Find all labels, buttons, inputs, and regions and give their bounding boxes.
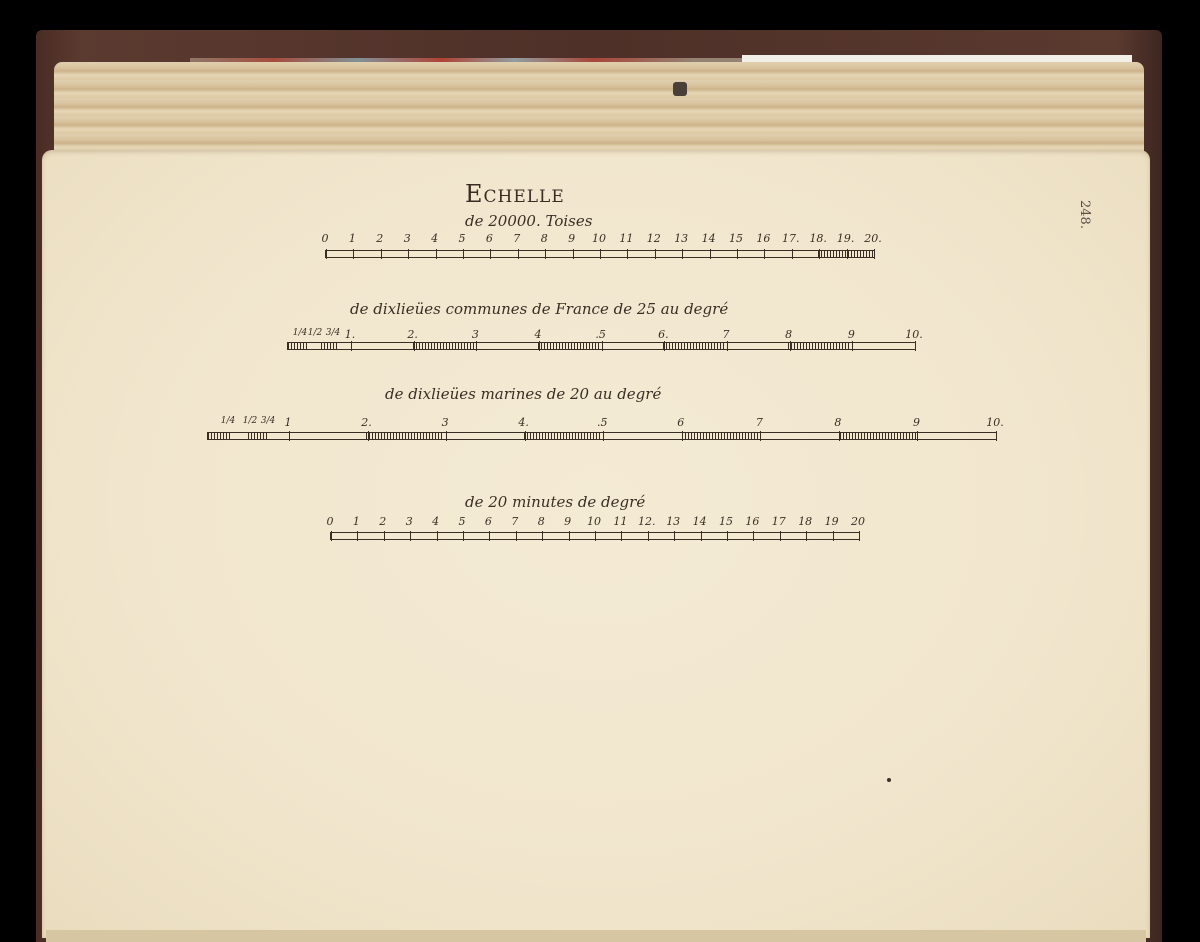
scale-label: 10 [587, 515, 601, 528]
scale-label: 15 [729, 232, 743, 245]
scale-label: 3 [404, 232, 411, 245]
scale-label: 10. [986, 416, 1004, 429]
scale-label: 4. [518, 416, 529, 429]
scale-tick [437, 531, 438, 541]
scale-label: 15 [719, 515, 733, 528]
scale-label: 7 [513, 232, 520, 245]
scale-tick [436, 249, 437, 259]
scale-hatch [321, 343, 337, 349]
scale-label: 8 [834, 416, 841, 429]
scale-hatch [524, 433, 602, 439]
scale-label: 16 [756, 232, 770, 245]
scale-label: 2 [376, 232, 383, 245]
scale-label: 9 [913, 416, 920, 429]
scale-tick [357, 531, 358, 541]
scale-label: 20. [864, 232, 882, 245]
scale-tick [806, 531, 807, 541]
scale-bar-toises [325, 250, 875, 258]
scale-label: 9 [848, 328, 855, 341]
scale-label: 1 [353, 515, 360, 528]
scale-tick [463, 249, 464, 259]
scale-tick [516, 531, 517, 541]
page-title: Echelle [465, 180, 565, 208]
scale-tick [674, 531, 675, 541]
fraction-label: 3/4 [261, 416, 275, 426]
scale-label: 11 [619, 232, 633, 245]
scale-tick [353, 249, 354, 259]
fraction-label: 1/2 [308, 328, 322, 338]
scale-label: 5 [459, 515, 466, 528]
scale-label: 19 [825, 515, 839, 528]
scale-label: 3 [406, 515, 413, 528]
fraction-label: 3/4 [326, 328, 340, 338]
scale-hatch [682, 433, 760, 439]
scale-hatch [248, 433, 268, 439]
scale-tick [833, 531, 834, 541]
scale-tick [664, 341, 665, 351]
scale-tick [539, 341, 540, 351]
manuscript-page [42, 150, 1150, 938]
scale-label: 6 [677, 416, 684, 429]
scale-tick [408, 249, 409, 259]
scale-tick [368, 431, 369, 441]
scale-bar-lieues-marines [207, 432, 997, 440]
scale-tick [792, 249, 793, 259]
scale-tick [874, 249, 875, 259]
scale-tick [463, 531, 464, 541]
scale-tick [790, 341, 791, 351]
scale-label: 1. [345, 328, 356, 341]
scale-label: .5 [595, 328, 606, 341]
scale-label: .5 [597, 416, 608, 429]
scale-hatch [663, 343, 725, 349]
scale-tick [351, 341, 352, 351]
scale-tick [710, 249, 711, 259]
scale-tick [476, 341, 477, 351]
scale-hatch [538, 343, 600, 349]
scale-tick [737, 249, 738, 259]
scale-tick [573, 249, 574, 259]
scale-tick [326, 249, 327, 259]
scale-label: 16 [745, 515, 759, 528]
scale-tick [701, 531, 702, 541]
scale-label: 3 [472, 328, 479, 341]
scale-label: 9 [564, 515, 571, 528]
scale-label: 6 [485, 515, 492, 528]
scale-bar-lieues-communes [287, 342, 916, 350]
scale-tick [839, 431, 840, 441]
scale-label: 4 [535, 328, 542, 341]
scale-tick [446, 431, 447, 441]
scale-tick [331, 531, 332, 541]
scale-tick [525, 431, 526, 441]
scale-tick [655, 249, 656, 259]
scale-tick [595, 531, 596, 541]
scale-label: 7 [723, 328, 730, 341]
scale-tick [847, 249, 848, 259]
scale-label: 0 [322, 232, 329, 245]
scale-label: 19. [837, 232, 855, 245]
scale-label: 0 [327, 515, 334, 528]
scale-tick [490, 249, 491, 259]
scale-label: 4 [431, 232, 438, 245]
scale-label: 6. [658, 328, 669, 341]
scale-tick [384, 531, 385, 541]
scale-tick [627, 249, 628, 259]
scale-tick [852, 341, 853, 351]
scale-label: 7 [511, 515, 518, 528]
scale-caption-lieues-marines: de dixlieües marines de 20 au degré [385, 385, 661, 403]
scale-label: 9 [568, 232, 575, 245]
scale-label: 1 [349, 232, 356, 245]
scale-tick [603, 431, 604, 441]
scale-label: 14 [693, 515, 707, 528]
scale-caption-minutes: de 20 minutes de degré [465, 493, 645, 511]
scale-caption-lieues-communes: de dixlieües communes de France de 25 au… [350, 300, 728, 318]
scale-tick [996, 431, 997, 441]
scale-label: 17. [782, 232, 800, 245]
scale-label: 20 [851, 515, 865, 528]
fraction-label: 1/4 [293, 328, 307, 338]
scale-label: 10. [905, 328, 923, 341]
scale-tick [602, 341, 603, 351]
scale-tick [410, 531, 411, 541]
scale-tick [545, 249, 546, 259]
scale-tick [648, 531, 649, 541]
scale-tick [760, 431, 761, 441]
scale-tick [600, 249, 601, 259]
scale-label: 2. [361, 416, 372, 429]
scale-tick [682, 249, 683, 259]
scale-label: 10 [592, 232, 606, 245]
scale-tick [621, 531, 622, 541]
scale-label: 18. [809, 232, 827, 245]
scale-label: 8 [541, 232, 548, 245]
scale-caption-toises: de 20000. Toises [465, 212, 592, 230]
scale-label: 13 [674, 232, 688, 245]
scale-label: 1 [285, 416, 292, 429]
scale-label: 12. [638, 515, 656, 528]
scale-tick [518, 249, 519, 259]
scale-tick [489, 531, 490, 541]
folio-number: 248. [1077, 200, 1092, 229]
scale-hatch [840, 433, 918, 439]
scale-label: 2 [379, 515, 386, 528]
scale-label: 5 [459, 232, 466, 245]
fraction-label: 1/2 [243, 416, 257, 426]
scale-tick [917, 431, 918, 441]
scale-tick [542, 531, 543, 541]
scale-label: 14 [702, 232, 716, 245]
scale-hatch [788, 343, 850, 349]
scale-tick [381, 249, 382, 259]
scale-tick [753, 531, 754, 541]
ink-fleck [887, 778, 891, 782]
scale-label: 4 [432, 515, 439, 528]
scale-tick [727, 531, 728, 541]
scale-hatch [413, 343, 475, 349]
scale-label: 12 [647, 232, 661, 245]
scale-tick [569, 531, 570, 541]
scale-hatch [366, 433, 444, 439]
scale-label: 13 [666, 515, 680, 528]
scale-tick [819, 249, 820, 259]
scale-label: 8 [538, 515, 545, 528]
scale-label: 11 [613, 515, 627, 528]
scale-label: 8 [785, 328, 792, 341]
scale-label: 6 [486, 232, 493, 245]
scale-label: 2. [407, 328, 418, 341]
page-bottom-edge [46, 930, 1146, 942]
scale-label: 17 [772, 515, 786, 528]
scale-bar-minutes [330, 532, 860, 540]
scale-tick [859, 531, 860, 541]
scale-tick [915, 341, 916, 351]
scale-tick [682, 431, 683, 441]
scale-label: 18 [798, 515, 812, 528]
scale-label: 7 [756, 416, 763, 429]
fraction-label: 1/4 [221, 416, 235, 426]
scale-hatch [288, 343, 308, 349]
scale-tick [780, 531, 781, 541]
stack-mark [673, 82, 687, 96]
scale-label: 3 [442, 416, 449, 429]
scale-tick [289, 431, 290, 441]
scale-tick [764, 249, 765, 259]
scale-hatch [208, 433, 232, 439]
scale-tick [414, 341, 415, 351]
scale-tick [727, 341, 728, 351]
